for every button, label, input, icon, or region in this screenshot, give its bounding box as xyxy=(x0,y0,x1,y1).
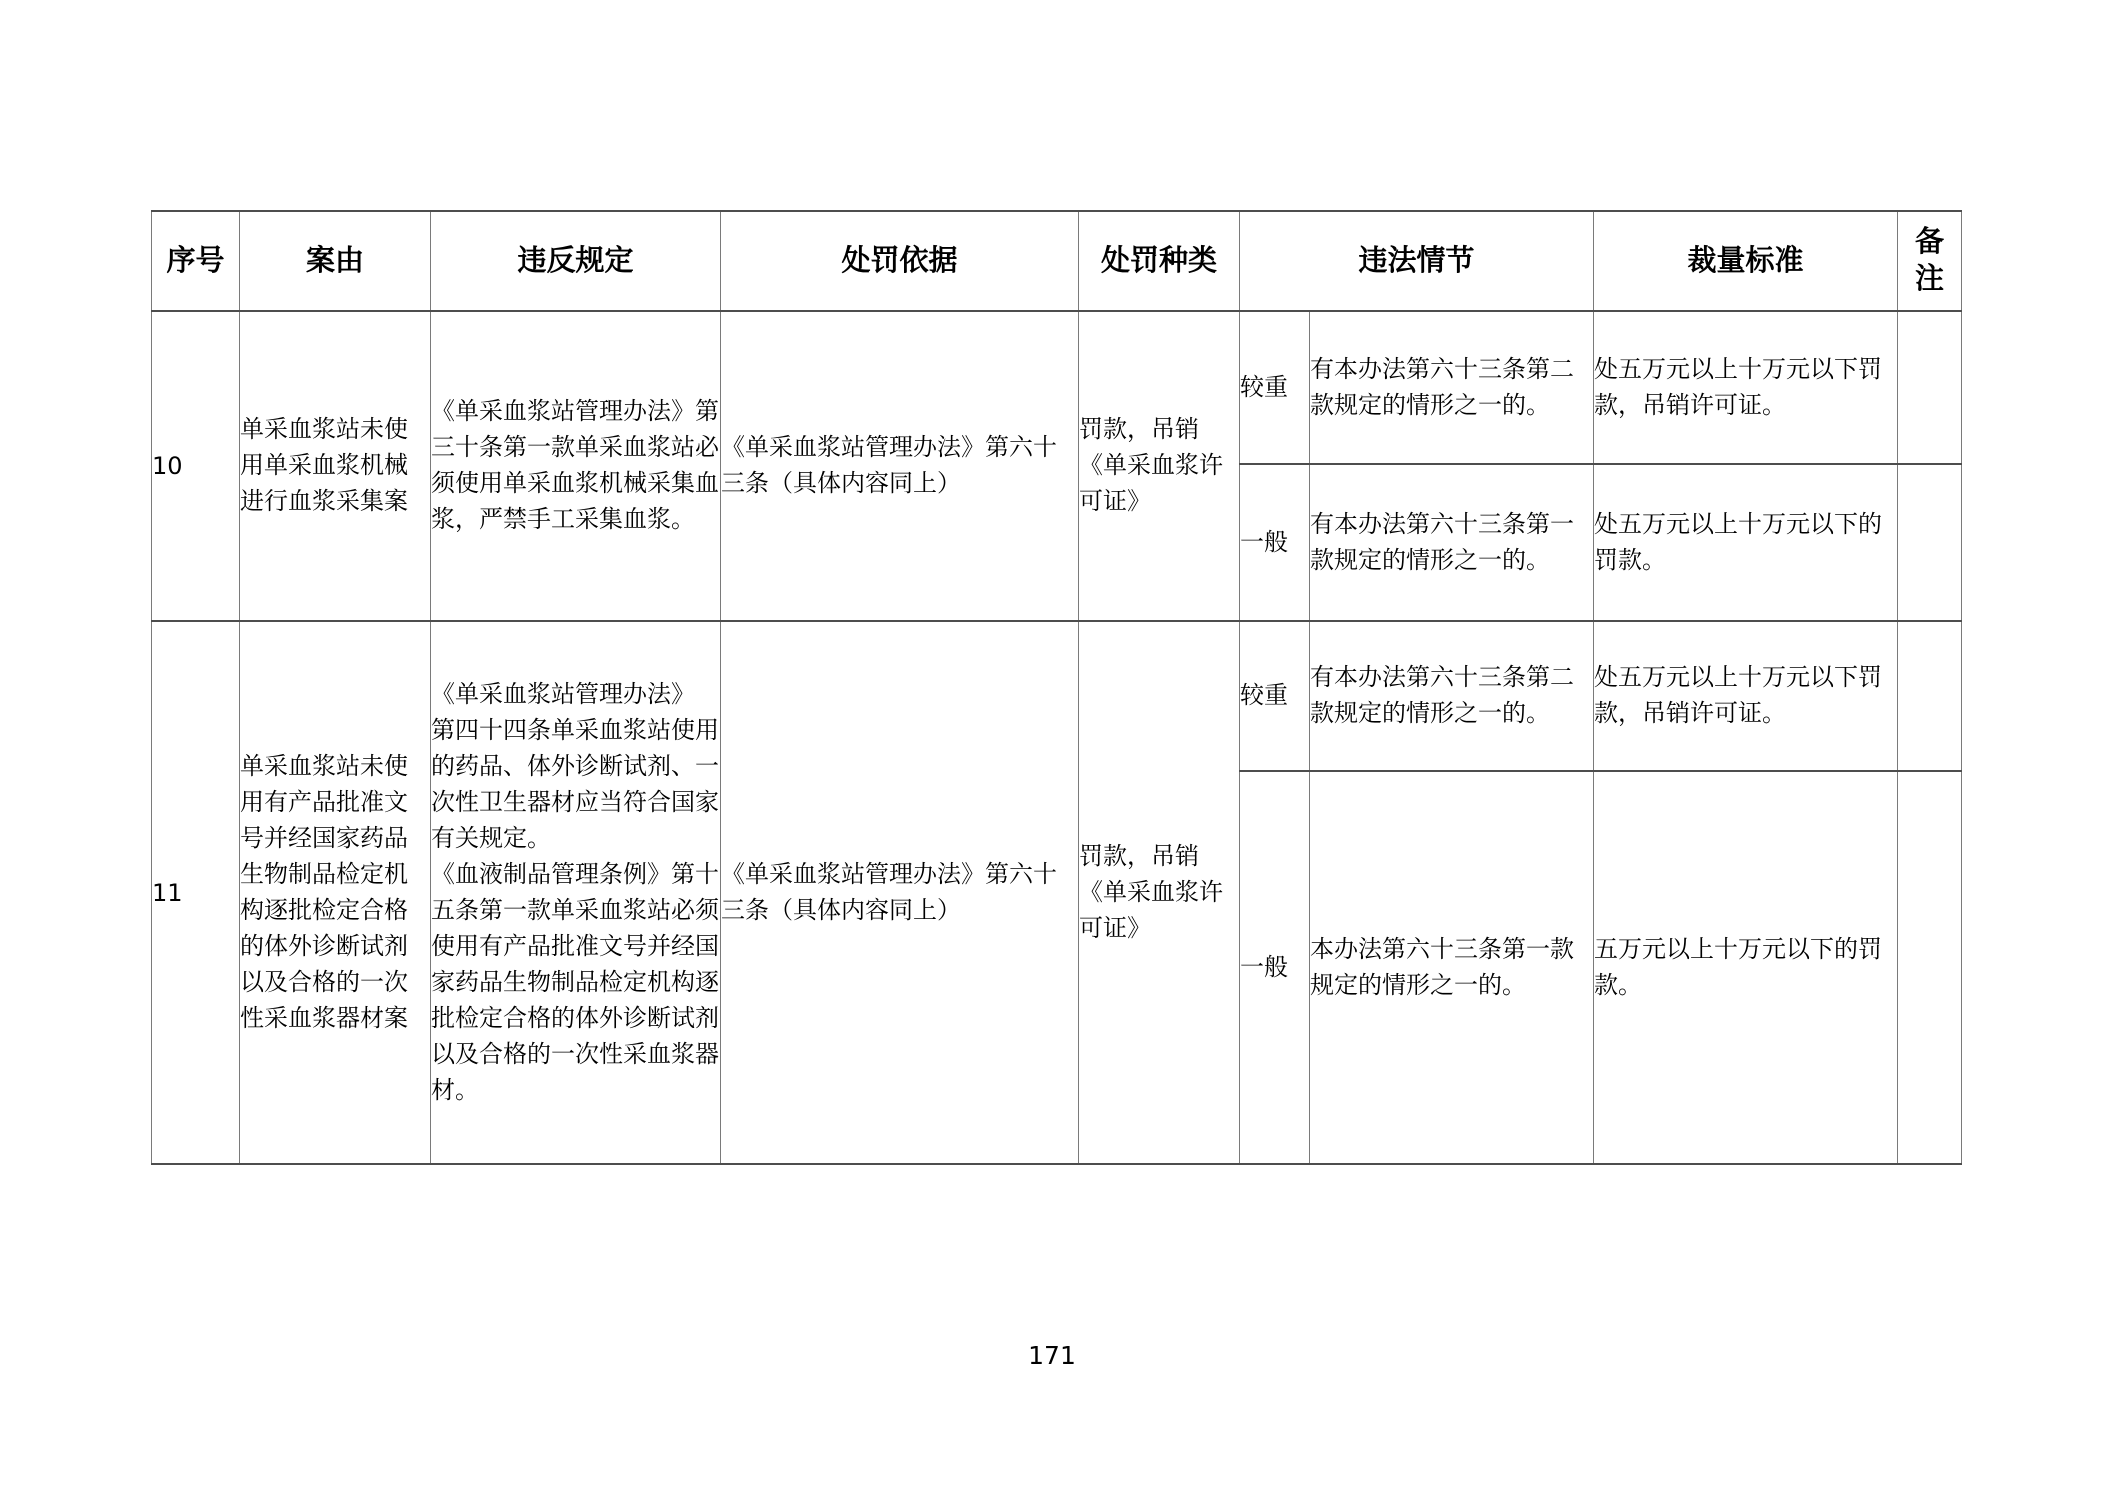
cell-serial-11: 11 xyxy=(152,621,240,1164)
header-remark: 备注 xyxy=(1898,211,1962,311)
header-violation: 违反规定 xyxy=(431,211,721,311)
header-circumstance: 违法情节 xyxy=(1240,211,1594,311)
cell-basis-11: 《单采血浆站管理办法》第六十三条（具体内容同上） xyxy=(721,621,1079,1164)
table-header-row: 序号 案由 违反规定 处罚依据 处罚种类 违法情节 裁量标准 备注 xyxy=(152,211,1962,311)
cell-remark-11-heavier xyxy=(1898,621,1962,771)
cell-cause-10: 单采血浆站未使用单采血浆机械进行血浆采集案 xyxy=(240,311,431,621)
cell-severity-11-general: 一般 xyxy=(1240,771,1310,1164)
cell-remark-11-general xyxy=(1898,771,1962,1164)
cell-violation-10: 《单采血浆站管理办法》第三十条第一款单采血浆站必须使用单采血浆机械采集血浆，严禁… xyxy=(431,311,721,621)
cell-standard-11-general: 五万元以上十万元以下的罚款。 xyxy=(1594,771,1898,1164)
page-number: 171 xyxy=(0,1341,2104,1370)
cell-standard-10-general: 处五万元以上十万元以下的罚款。 xyxy=(1594,464,1898,621)
table-row: 11 单采血浆站未使用有产品批准文号并经国家药品生物制品检定机构逐批检定合格的体… xyxy=(152,621,1962,771)
cell-circumstance-11-heavier: 有本办法第六十三条第二款规定的情形之一的。 xyxy=(1310,621,1594,771)
cell-severity-10-heavier: 较重 xyxy=(1240,311,1310,464)
cell-penalty-type-11: 罚款，吊销《单采血浆许可证》 xyxy=(1079,621,1240,1164)
cell-basis-10: 《单采血浆站管理办法》第六十三条（具体内容同上） xyxy=(721,311,1079,621)
header-standard: 裁量标准 xyxy=(1594,211,1898,311)
cell-remark-10-heavier xyxy=(1898,311,1962,464)
cell-standard-11-heavier: 处五万元以上十万元以下罚款，吊销许可证。 xyxy=(1594,621,1898,771)
header-serial: 序号 xyxy=(152,211,240,311)
page: { "page": { "number": "171" }, "table": … xyxy=(0,0,2104,1488)
cell-violation-11: 《单采血浆站管理办法》 第四十四条单采血浆站使用的药品、体外诊断试剂、一次性卫生… xyxy=(431,621,721,1164)
header-basis: 处罚依据 xyxy=(721,211,1079,311)
header-penalty-type: 处罚种类 xyxy=(1079,211,1240,311)
cell-circumstance-11-general: 本办法第六十三条第一款规定的情形之一的。 xyxy=(1310,771,1594,1164)
cell-penalty-type-10: 罚款，吊销《单采血浆许可证》 xyxy=(1079,311,1240,621)
cell-circumstance-10-general: 有本办法第六十三条第一款规定的情形之一的。 xyxy=(1310,464,1594,621)
cell-standard-10-heavier: 处五万元以上十万元以下罚款，吊销许可证。 xyxy=(1594,311,1898,464)
cell-serial-10: 10 xyxy=(152,311,240,621)
cell-severity-10-general: 一般 xyxy=(1240,464,1310,621)
cell-circumstance-10-heavier: 有本办法第六十三条第二款规定的情形之一的。 xyxy=(1310,311,1594,464)
cell-severity-11-heavier: 较重 xyxy=(1240,621,1310,771)
cell-remark-10-general xyxy=(1898,464,1962,621)
header-cause: 案由 xyxy=(240,211,431,311)
penalty-discretion-table: 序号 案由 违反规定 处罚依据 处罚种类 违法情节 裁量标准 备注 10 单采血… xyxy=(151,210,1962,1165)
cell-cause-11: 单采血浆站未使用有产品批准文号并经国家药品生物制品检定机构逐批检定合格的体外诊断… xyxy=(240,621,431,1164)
table-row: 10 单采血浆站未使用单采血浆机械进行血浆采集案 《单采血浆站管理办法》第三十条… xyxy=(152,311,1962,464)
